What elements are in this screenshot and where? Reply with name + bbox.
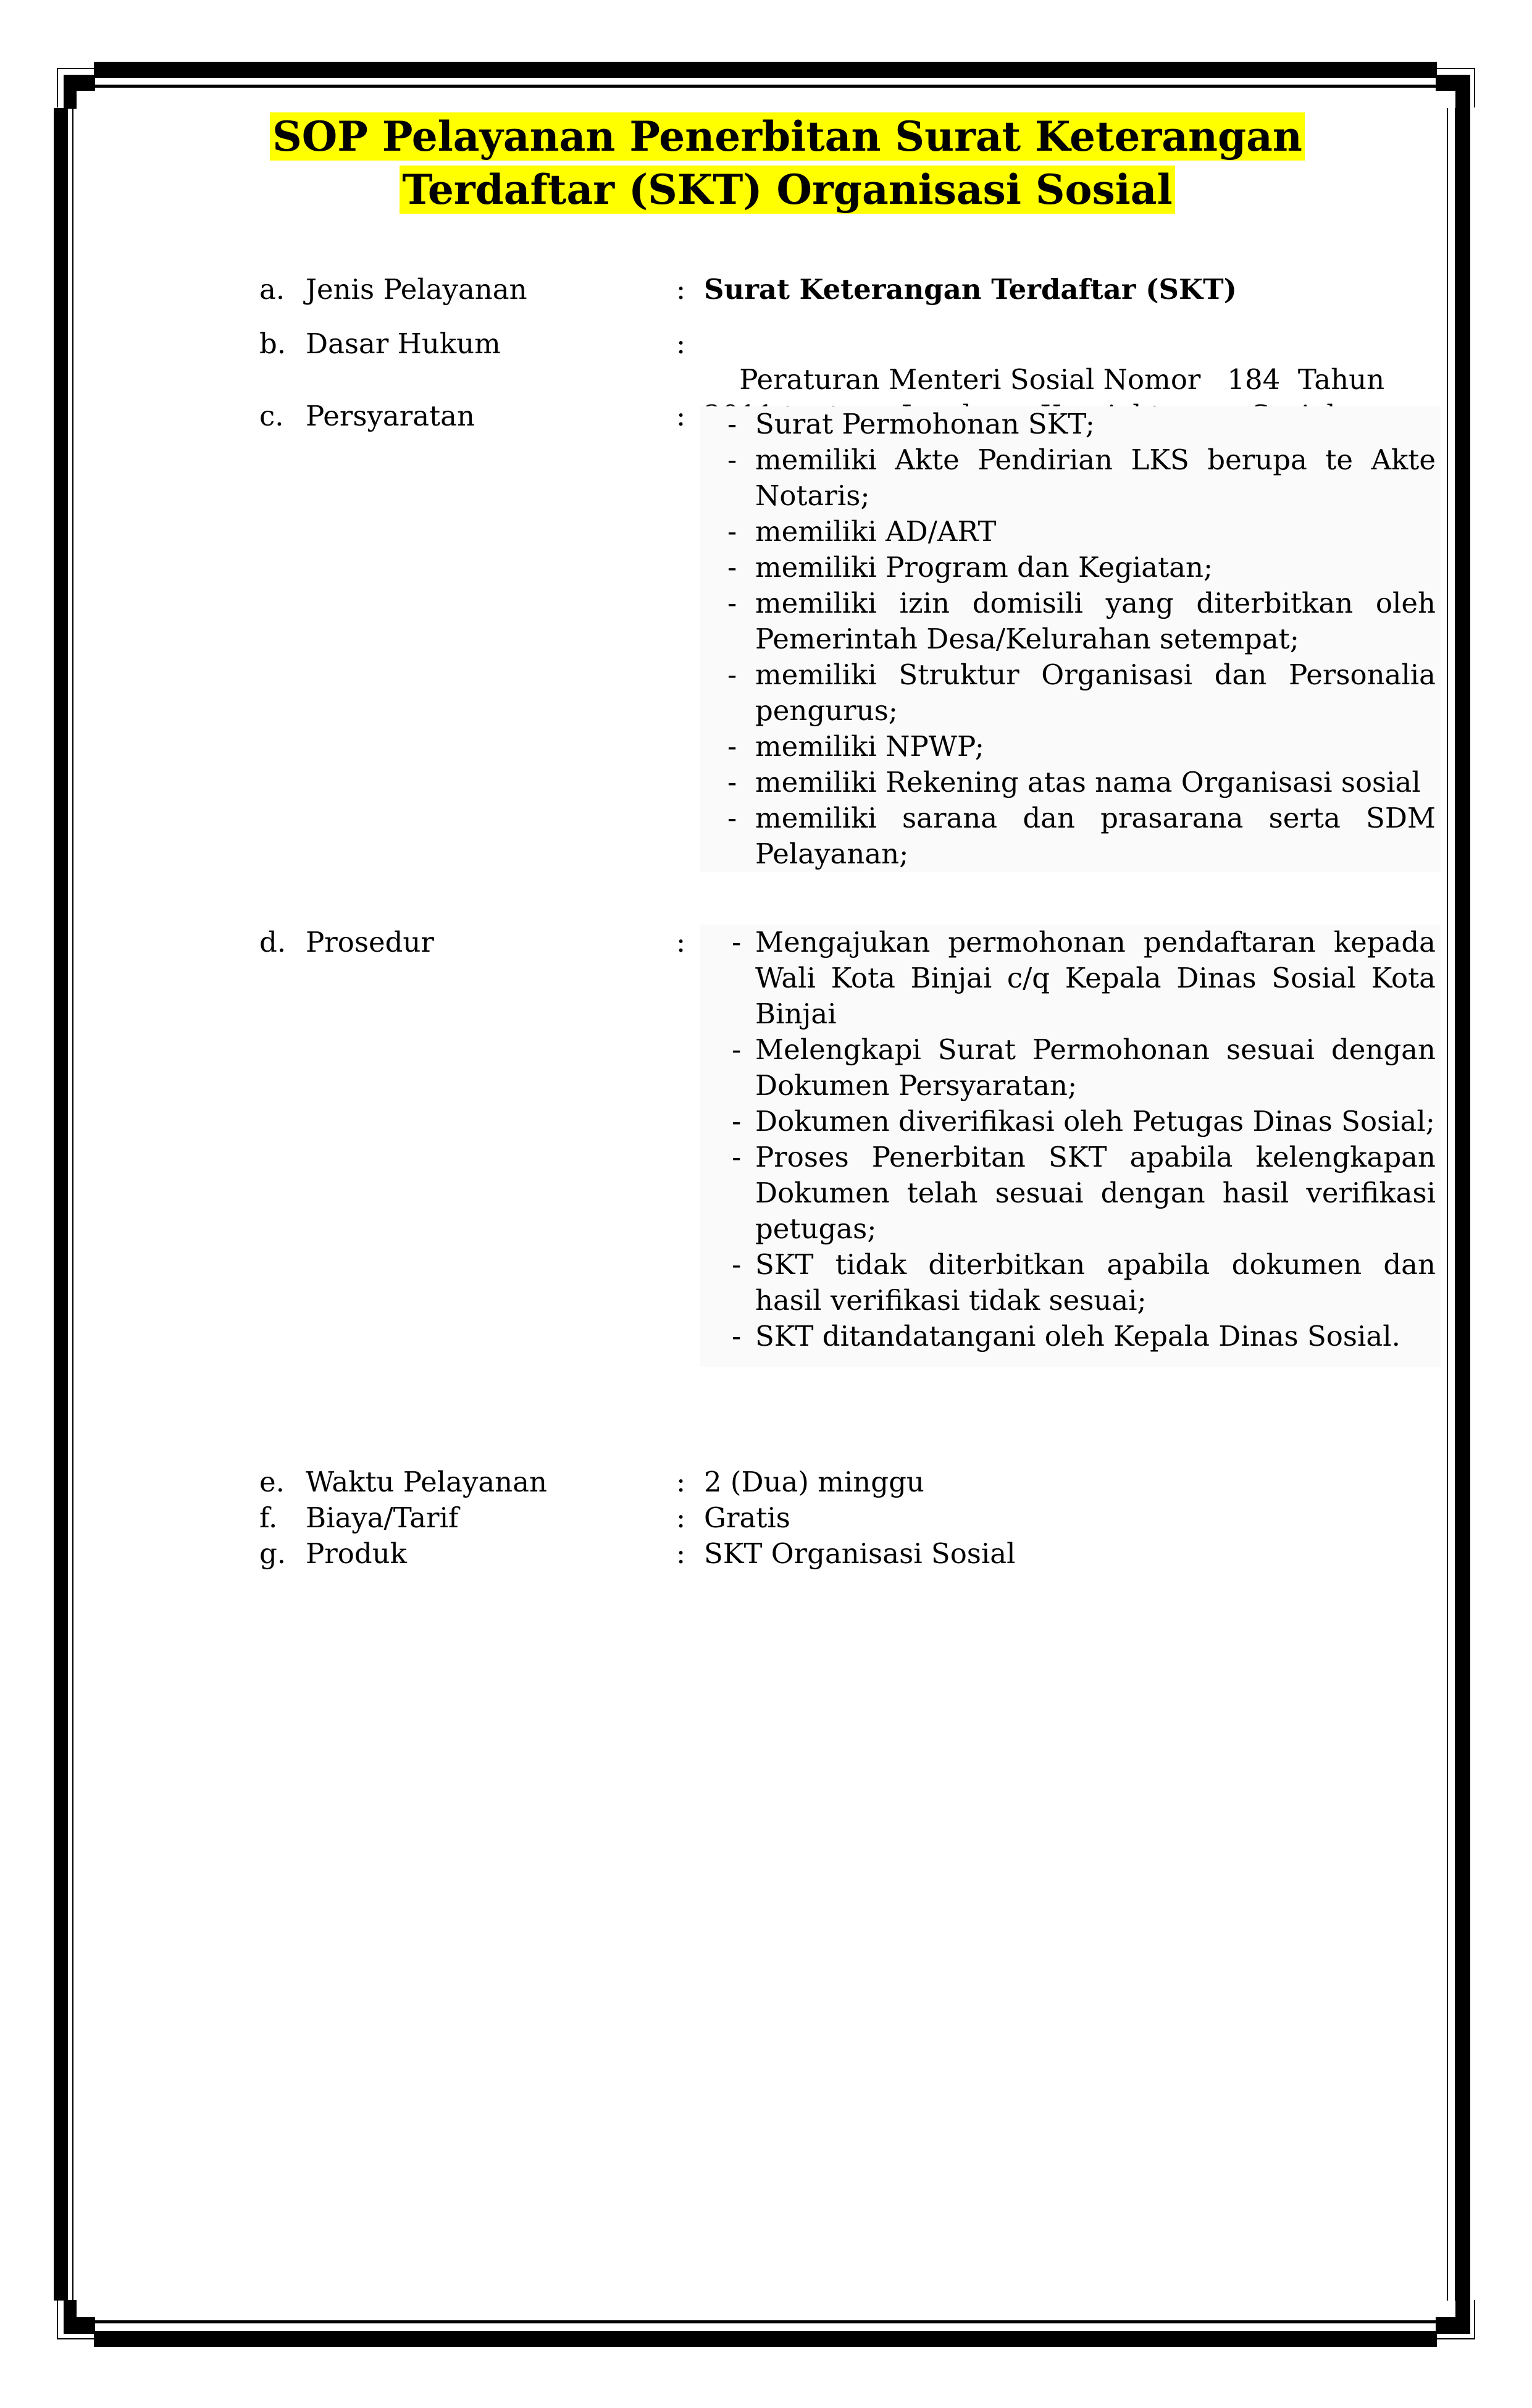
list-item-text: Dokumen diverifikasi oleh Petugas Dinas … — [755, 1105, 1435, 1138]
bullet-dash: - — [727, 406, 737, 442]
list-item-text: Melengkapi Surat Permohonan sesuai denga… — [755, 1033, 1436, 1102]
row-colon: : — [676, 1536, 685, 1572]
bullet-dash: - — [727, 585, 737, 621]
list-item: -memiliki izin domisili yang diterbitkan… — [700, 585, 1441, 657]
title-line-2: Terdaftar (SKT) Organisasi Sosial — [400, 166, 1174, 214]
list-item-text: Mengajukan permohonan pendaftaran kepada… — [755, 926, 1436, 1030]
list-item-text: memiliki AD/ART — [755, 515, 996, 548]
row-label: Biaya/Tarif — [306, 1500, 459, 1536]
page-border-left-inner — [72, 108, 73, 2301]
row-colon: : — [676, 1464, 685, 1500]
prosedur-list: -Mengajukan permohonan pendaftaran kepad… — [700, 925, 1441, 1367]
row-label: Waktu Pelayanan — [306, 1464, 547, 1500]
page-border-left — [54, 108, 68, 2301]
row-colon: : — [676, 925, 685, 960]
row-label: Jenis Pelayanan — [306, 272, 527, 308]
bullet-dash: - — [727, 800, 737, 836]
list-item-text: memiliki izin domisili yang diterbitkan … — [755, 587, 1436, 655]
row-value: Surat Keterangan Terdaftar (SKT) — [704, 272, 1532, 308]
list-item: -memiliki NPWP; — [700, 729, 1441, 765]
row-label: Produk — [306, 1536, 407, 1572]
row-label: Dasar Hukum — [306, 326, 501, 362]
list-item: -memiliki Akte Pendirian LKS berupa te A… — [700, 442, 1441, 514]
row-letter: f. — [259, 1500, 303, 1536]
list-item-text: Surat Permohonan SKT; — [755, 408, 1095, 440]
row-letter: b. — [259, 326, 303, 362]
bullet-dash: - — [727, 657, 737, 693]
page-border-top-inner — [94, 85, 1437, 88]
row-label: Persyaratan — [306, 398, 475, 434]
row-colon: : — [676, 272, 685, 308]
list-item: -memiliki sarana dan prasarana serta SDM… — [700, 800, 1441, 872]
list-item: -SKT ditandatangani oleh Kepala Dinas So… — [700, 1319, 1441, 1354]
list-item-text: Proses Penerbitan SKT apabila kelengkapa… — [755, 1141, 1436, 1245]
page-title: SOP Pelayanan Penerbitan Surat Keteranga… — [185, 110, 1389, 216]
row-colon: : — [676, 398, 685, 434]
list-item-text: memiliki sarana dan prasarana serta SDM … — [755, 802, 1436, 870]
row-value-line-1: Peraturan Menteri Sosial Nomor 184 Tahun — [739, 363, 1384, 396]
row-label: Prosedur — [306, 925, 434, 960]
row-letter: a. — [259, 272, 303, 308]
persyaratan-list: -Surat Permohonan SKT;-memiliki Akte Pen… — [700, 406, 1441, 872]
page-border-bottom-inner — [94, 2320, 1437, 2323]
list-item: -Surat Permohonan SKT; — [700, 406, 1441, 442]
row-value: Gratis — [704, 1500, 1532, 1536]
list-item: -Melengkapi Surat Permohonan sesuai deng… — [700, 1032, 1441, 1104]
bullet-dash: - — [732, 1104, 741, 1139]
page-border-top — [94, 62, 1437, 78]
row-value: SKT Organisasi Sosial — [704, 1536, 1532, 1572]
list-item-text: SKT ditandatangani oleh Kepala Dinas Sos… — [755, 1320, 1400, 1353]
border-corner-bottom-left — [57, 2300, 95, 2341]
bullet-dash: - — [732, 1032, 741, 1068]
list-item: -memiliki AD/ART — [700, 514, 1441, 550]
list-item: -Dokumen diverifikasi oleh Petugas Dinas… — [700, 1104, 1441, 1139]
list-item: -memiliki Rekening atas nama Organisasi … — [700, 765, 1441, 800]
row-colon: : — [676, 1500, 685, 1536]
list-item: -SKT tidak diterbitkan apabila dokumen d… — [700, 1247, 1441, 1319]
row-letter: c. — [259, 398, 303, 434]
border-corner-top-right — [1436, 68, 1476, 109]
list-item-text: memiliki Rekening atas nama Organisasi s… — [755, 766, 1421, 799]
border-corner-top-left — [57, 68, 95, 109]
list-item-text: memiliki Program dan Kegiatan; — [755, 551, 1213, 584]
list-item-text: memiliki Struktur Organisasi dan Persona… — [755, 658, 1436, 727]
bullet-dash: - — [727, 765, 737, 800]
list-item-text: SKT tidak diterbitkan apabila dokumen da… — [755, 1248, 1436, 1317]
page-border-bottom — [94, 2331, 1437, 2347]
bullet-dash: - — [727, 514, 737, 550]
title-line-1: SOP Pelayanan Penerbitan Surat Keteranga… — [270, 112, 1305, 161]
bullet-dash: - — [732, 925, 741, 960]
list-item: -memiliki Program dan Kegiatan; — [700, 550, 1441, 585]
list-item: -Mengajukan permohonan pendaftaran kepad… — [700, 925, 1441, 1032]
row-letter: e. — [259, 1464, 303, 1500]
border-corner-bottom-right — [1436, 2300, 1476, 2341]
bullet-dash: - — [732, 1319, 741, 1354]
bullet-dash: - — [727, 442, 737, 478]
bullet-dash: - — [732, 1247, 741, 1283]
list-item: -memiliki Struktur Organisasi dan Person… — [700, 657, 1441, 729]
bullet-dash: - — [727, 729, 737, 765]
bullet-dash: - — [727, 550, 737, 585]
list-item-text: memiliki NPWP; — [755, 730, 984, 763]
row-value: 2 (Dua) minggu — [704, 1464, 1532, 1500]
list-item-text: memiliki Akte Pendirian LKS berupa te Ak… — [755, 443, 1436, 512]
bullet-dash: - — [732, 1139, 741, 1175]
row-letter: d. — [259, 925, 303, 960]
list-item: -Proses Penerbitan SKT apabila kelengkap… — [700, 1139, 1441, 1247]
row-letter: g. — [259, 1536, 303, 1572]
row-colon: : — [676, 326, 685, 362]
